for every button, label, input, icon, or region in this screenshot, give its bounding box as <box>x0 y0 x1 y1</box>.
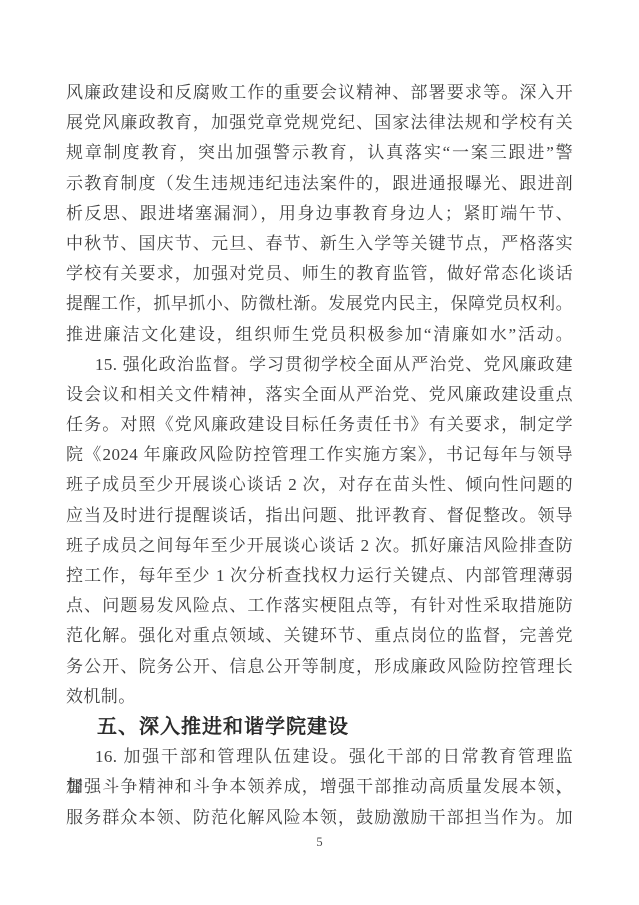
text-line: 加强斗争精神和斗争本领养成，增强干部推动高质量发展本领、 <box>66 772 573 802</box>
section-heading: 五、深入推进和谐学院建设 <box>66 712 573 742</box>
text-line: 提醒工作，抓早抓小、防微杜渐。发展党内民主，保障党员权利。 <box>66 289 573 319</box>
paragraph-15-end: 效机制。 <box>66 682 573 712</box>
paragraph-15-start: 15. 强化政治监督。学习贯彻学校全面从严治党、党风廉政建 <box>66 350 573 380</box>
text-line: 范化解。强化对重点领域、关键环节、重点岗位的监督，完善党 <box>66 621 573 651</box>
text-line: 学校有关要求，加强对党员、师生的教育监管，做好常态化谈话 <box>66 259 573 289</box>
text-line: 示教育制度（发生违规违纪违法案件的，跟进通报曝光、跟进剖 <box>66 169 573 199</box>
text-line: 中秋节、国庆节、元旦、春节、新生入学等关键节点，严格落实 <box>66 229 573 259</box>
text-line: 设会议和相关文件精神，落实全面从严治党、党风廉政建设重点 <box>66 380 573 410</box>
text-line: 班子成员之间每年至少开展谈心谈话 2 次。抓好廉洁风险排查防 <box>66 531 573 561</box>
text-line: 班子成员至少开展谈心谈话 2 次，对存在苗头性、倾向性问题的 <box>66 470 573 500</box>
text-line: 析反思、跟进堵塞漏洞），用身边事教育身边人；紧盯端午节、 <box>66 199 573 229</box>
text-line: 规章制度教育，突出加强警示教育，认真落实“一案三跟进”警 <box>66 138 573 168</box>
text-line: 点、问题易发风险点、工作落实梗阻点等，有针对性采取措施防 <box>66 591 573 621</box>
page-number: 5 <box>0 835 639 850</box>
text-block: 风廉政建设和反腐败工作的重要会议精神、部署要求等。深入开 展党风廉政教育，加强党… <box>66 78 573 833</box>
paragraph-16-start: 16. 加强干部和管理队伍建设。强化干部的日常教育管理监督， <box>66 742 573 772</box>
text-line: 应当及时进行提醒谈话，指出问题、批评教育、督促整改。领导 <box>66 501 573 531</box>
text-line: 务公开、院务公开、信息公开等制度，形成廉政风险防控管理长 <box>66 652 573 682</box>
text-line: 任务。对照《党风廉政建设目标任务责任书》有关要求，制定学 <box>66 410 573 440</box>
text-line: 服务群众本领、防范化解风险本领，鼓励激励干部担当作为。加 <box>66 803 573 833</box>
document-page: 风廉政建设和反腐败工作的重要会议精神、部署要求等。深入开 展党风廉政教育，加强党… <box>0 0 639 905</box>
text-line: 风廉政建设和反腐败工作的重要会议精神、部署要求等。深入开 <box>66 78 573 108</box>
text-line: 展党风廉政教育，加强党章党规党纪、国家法律法规和学校有关 <box>66 108 573 138</box>
text-line: 控工作，每年至少 1 次分析查找权力运行关键点、内部管理薄弱 <box>66 561 573 591</box>
text-line: 推进廉洁文化建设，组织师生党员积极参加“清廉如水”活动。 <box>66 320 573 350</box>
text-line: 院《2024 年廉政风险防控管理工作实施方案》，书记每年与领导 <box>66 440 573 470</box>
